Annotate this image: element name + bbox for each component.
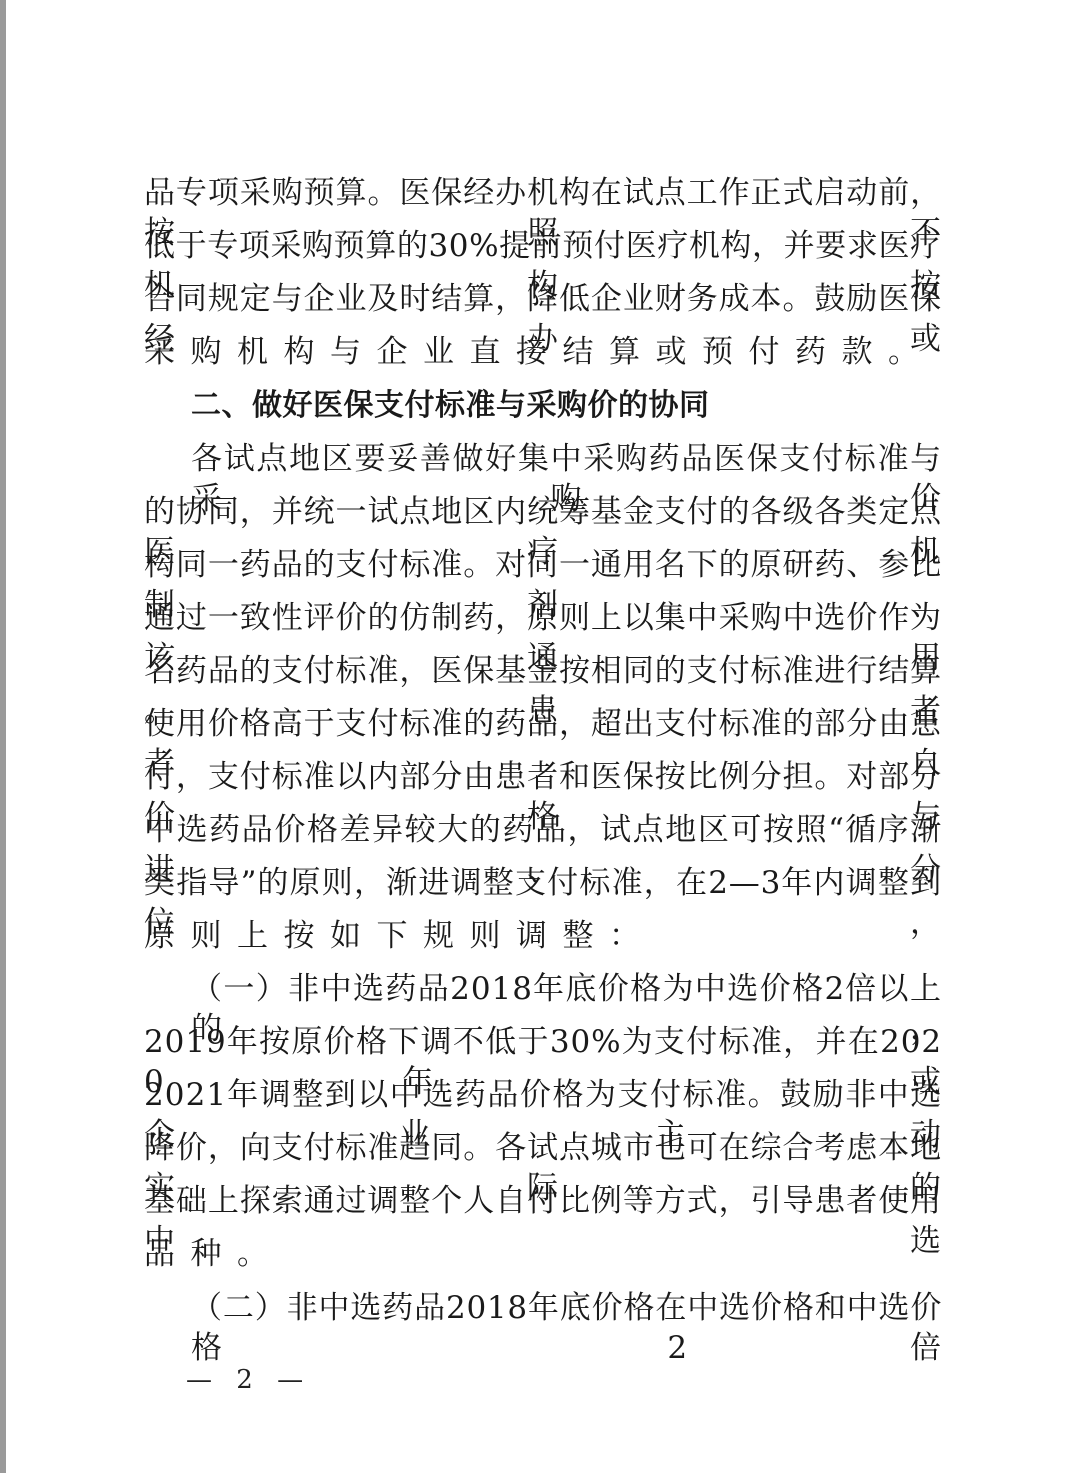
text-line: 使 用 价 格 高 于 支 付 标 准 的 药 品 ， 超 出 支 付 标 准 …: [144, 704, 941, 744]
text-line: 2 0 1 9 年 按 原 价 格 下 调 不 低 于 3 0 % 为 支 付 …: [144, 1022, 941, 1062]
text-line: 品 专 项 采 购 预 算 。 医 保 经 办 机 构 在 试 点 工 作 正 …: [144, 173, 941, 213]
text-line: 通 过 一 致 性 评 价 的 仿 制 药 ， 原 则 上 以 集 中 采 购 …: [144, 598, 941, 638]
text-line: 付 ， 支 付 标 准 以 内 部 分 由 患 者 和 医 保 按 比 例 分 …: [144, 757, 941, 797]
text-line: （ 二 ） 非 中 选 药 品 2 0 1 8 年 底 价 格 在 中 选 价 …: [191, 1288, 941, 1328]
text-line: 2 0 2 1 年 调 整 到 以 中 选 药 品 价 格 为 支 付 标 准 …: [144, 1075, 941, 1115]
text-line: 原则上按如下规则调整：: [144, 916, 941, 956]
text-line: 构 同 一 药 品 的 支 付 标 准 。 对 同 一 通 用 名 下 的 原 …: [144, 545, 941, 585]
text-line: 降 价 ， 向 支 付 标 准 趋 同 。 各 试 点 城 市 也 可 在 综 …: [144, 1128, 941, 1168]
text-line: 采购机构与企业直接结算或预付药款。: [144, 332, 941, 372]
text-line: （ 一 ） 非 中 选 药 品 2 0 1 8 年 底 价 格 为 中 选 价 …: [191, 969, 941, 1009]
section-heading: 二、做好医保支付标准与采购价的协同: [191, 386, 988, 426]
text-line: 类 指 导 ” 的 原 则 ， 渐 进 调 整 支 付 标 准 ， 在 2 — …: [144, 863, 941, 903]
text-line: 的 协 同 ， 并 统 一 试 点 地 区 内 统 筹 基 金 支 付 的 各 …: [144, 492, 941, 532]
text-line: 合 同 规 定 与 企 业 及 时 结 算 ， 降 低 企 业 财 务 成 本 …: [144, 279, 941, 319]
document-page: 品 专 项 采 购 预 算 。 医 保 经 办 机 构 在 试 点 工 作 正 …: [6, 0, 1080, 1473]
text-line: 中 选 药 品 价 格 差 异 较 大 的 药 品 ， 试 点 地 区 可 按 …: [144, 810, 941, 850]
text-line: 品种。: [144, 1234, 941, 1274]
text-line: 低 于 专 项 采 购 预 算 的 3 0 % 提 前 预 付 医 疗 机 构 …: [144, 226, 941, 266]
text-line: 名 药 品 的 支 付 标 准 ， 医 保 基 金 按 相 同 的 支 付 标 …: [144, 651, 941, 691]
page-number: — 2 —: [186, 1365, 311, 1395]
text-line: 基 础 上 探 索 通 过 调 整 个 人 自 付 比 例 等 方 式 ， 引 …: [144, 1181, 941, 1221]
text-line: 各 试 点 地 区 要 妥 善 做 好 集 中 采 购 药 品 医 保 支 付 …: [191, 439, 941, 479]
